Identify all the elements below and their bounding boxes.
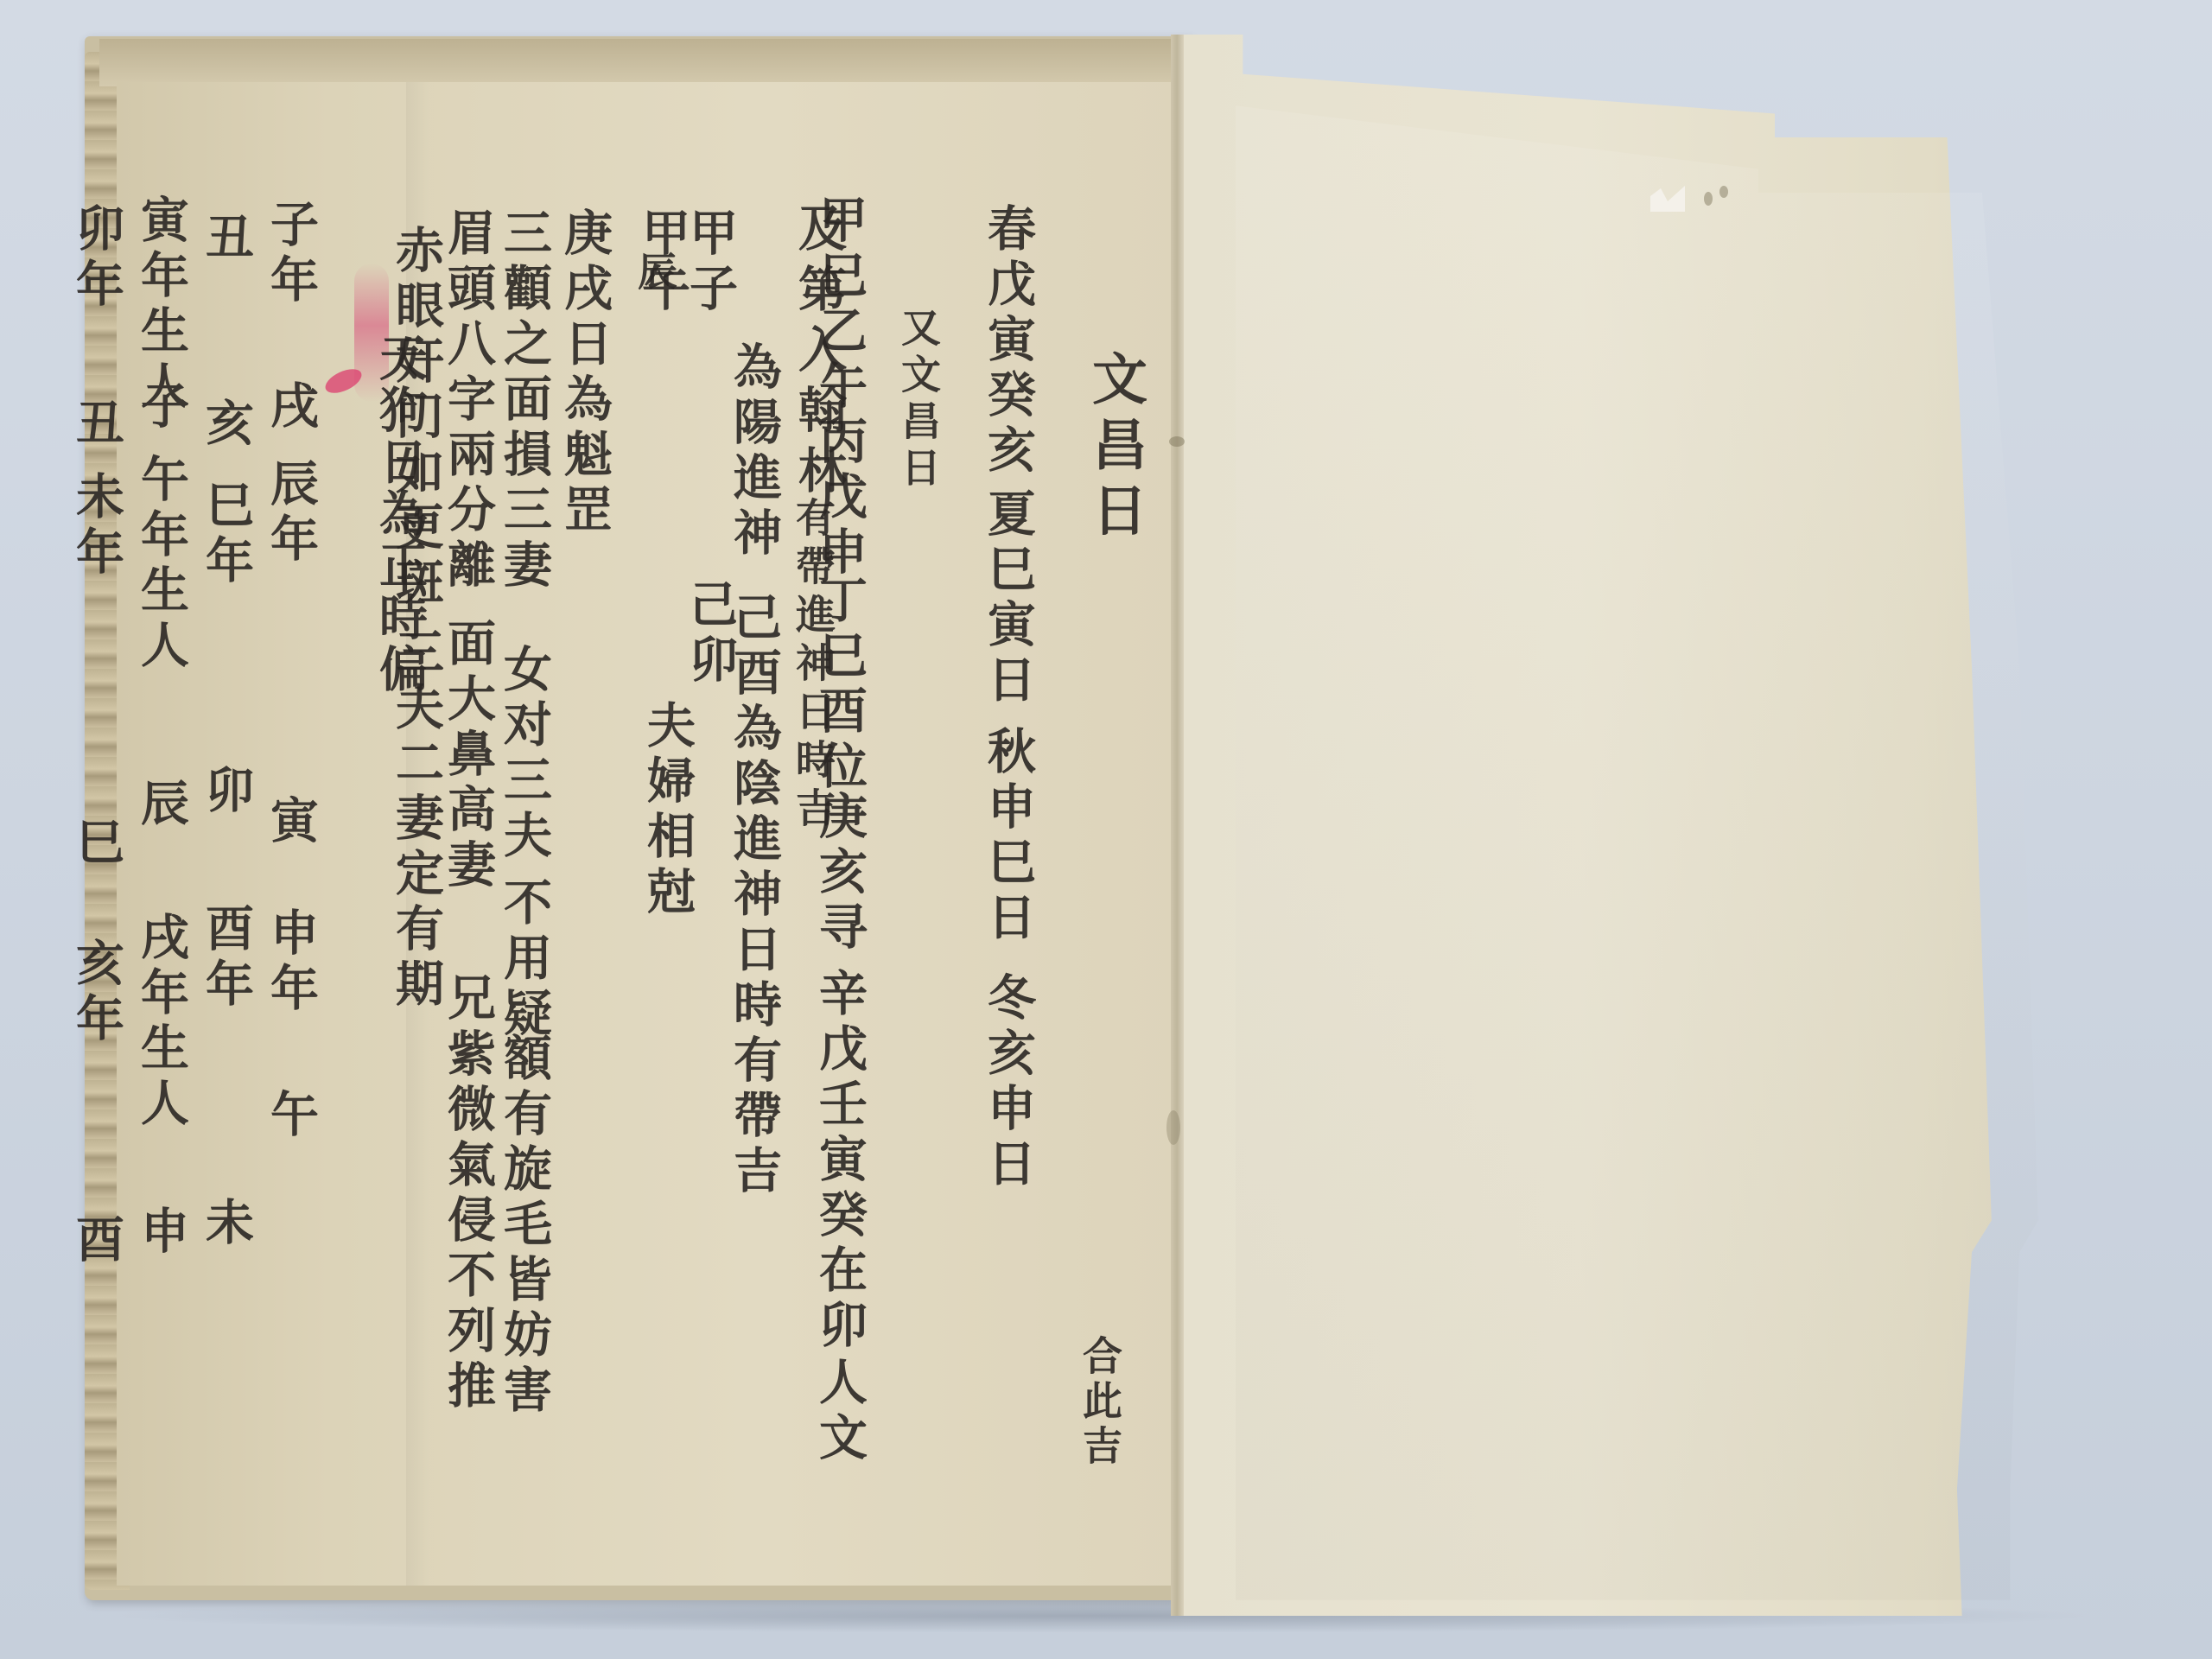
text-segment: 午 (267, 1089, 315, 1144)
text-segment: 寅 (267, 795, 315, 850)
text-segment: 卯年 (73, 203, 121, 314)
text-segment: 春戊寅癸亥 (984, 203, 1033, 480)
text-segment: 眉頭八字兩分離 (444, 207, 493, 594)
text-segment: 紫微氣侵不列推 (444, 1028, 493, 1415)
text-segment: 卯 (202, 765, 251, 820)
text-segment: 秋申巳日 (984, 726, 1033, 947)
text-segment: 三顴之面損三妻 (500, 207, 549, 594)
text-segment: 冬亥申日 (984, 972, 1033, 1193)
text-segment: 辰年 (267, 458, 315, 569)
text-segment: 合此吉 (1077, 1335, 1123, 1470)
text-segment: 為陽進神 (730, 341, 779, 563)
text-segment: 女对三夫 (500, 644, 549, 865)
text-segment: 兄 (444, 972, 493, 1027)
text-segment: 酉年 (202, 903, 251, 1014)
text-segment: 庚戌日為魁罡 (561, 207, 609, 539)
text-segment: 夏巳寅日 (984, 488, 1033, 709)
page-top-edge (99, 39, 1184, 86)
ink-spot (1704, 192, 1713, 206)
text-segment: 巳年 (202, 480, 251, 590)
text-column-5: 有帶進神日時吉 (793, 497, 833, 836)
text-segment: 辛戊壬寅癸在卯 (816, 968, 864, 1355)
text-column-8: 辰 (635, 251, 675, 296)
open-book: 春戊寅癸亥 夏巳寅日 秋申巳日 冬亥申日 合此吉 文昌日 又文昌日 甲巳乙午丙戊… (0, 0, 2212, 1659)
text-segment: 申 (137, 1205, 186, 1261)
text-segment: 甲子 (686, 207, 734, 318)
text-segment: 不用疑 (500, 877, 549, 1043)
text-column-4: 及第入翰林 (795, 203, 843, 505)
text-segment: 巳 (73, 817, 121, 872)
text-segment: 午年生人 (137, 454, 186, 675)
text-column-1-tail: 合此吉 (1080, 1335, 1120, 1470)
text-segment: 夫婦相尅 (644, 700, 692, 921)
text-segment: 額有旋毛皆妨害 (500, 1033, 549, 1420)
text-segment: 丑 (202, 212, 251, 267)
page-title: 文昌日 (1087, 350, 1142, 547)
text-segment: 亥年 (73, 938, 121, 1048)
stain (1166, 1110, 1180, 1145)
text-segment: 子 (137, 380, 186, 435)
text-segment: 酉 (73, 1214, 121, 1269)
text-segment: 亥 (202, 397, 251, 453)
text-segment: 辰 (137, 778, 186, 833)
text-segment: 戌年生人 (137, 912, 186, 1133)
ink-spot (1719, 186, 1728, 198)
right-page-sheet (1236, 35, 2169, 1616)
text-segment: 申年 (267, 907, 315, 1018)
text-segment: 未 (202, 1197, 251, 1252)
text-segment: 未年 (73, 471, 121, 582)
text-segment: 戌 (267, 380, 315, 435)
text-segment: 丑 (73, 397, 121, 453)
text-column-2: 又文昌日 (899, 307, 938, 493)
text-segment: 己酉為陰進神日時有帶吉 (730, 592, 779, 1200)
text-segment: 面大鼻高妻 (444, 618, 493, 894)
text-column-13: 天狗日為正時偏 (376, 333, 424, 696)
ink-spot (1169, 436, 1185, 447)
text-segment: 子年 (267, 199, 315, 309)
text-segment: 人文 (816, 1357, 864, 1467)
